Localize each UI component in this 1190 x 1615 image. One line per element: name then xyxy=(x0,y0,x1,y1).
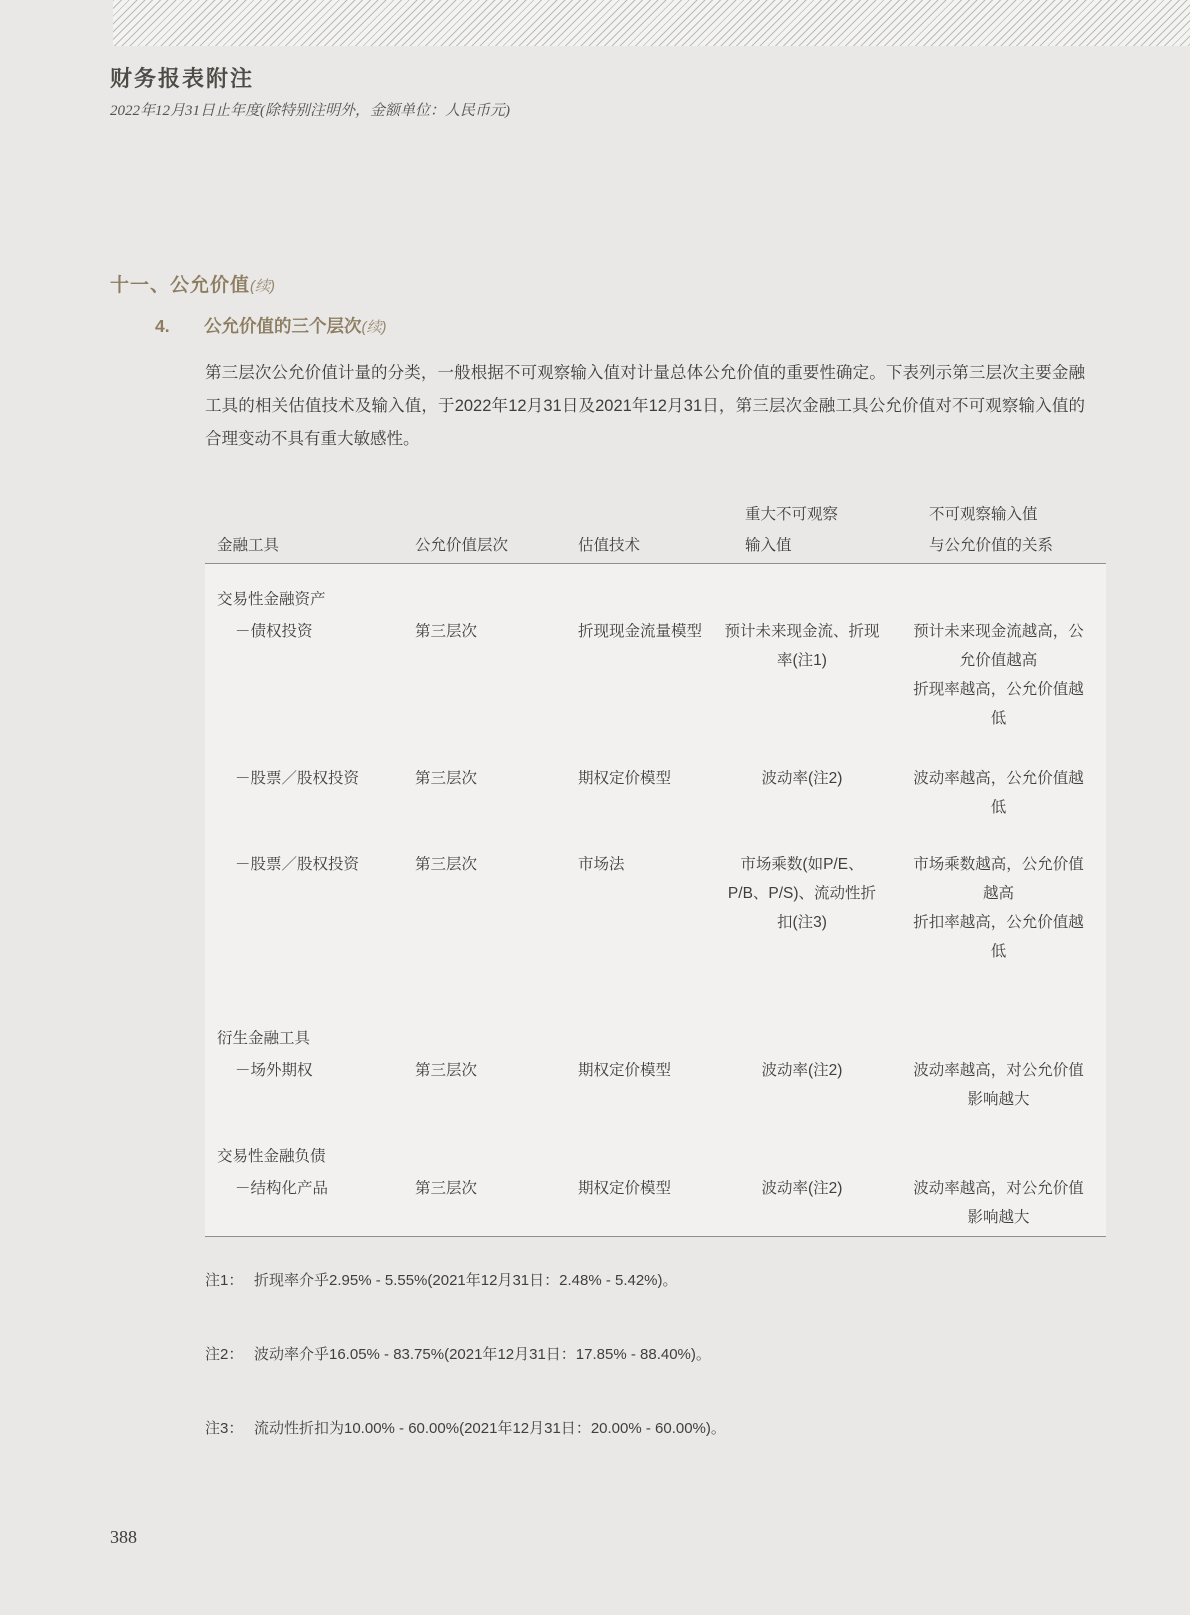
cell-unobservable-inputs: 市场乘数(如P/E、P/B、P/S)、流动性折扣(注3) xyxy=(713,850,891,966)
cell-instrument: －结构化产品 xyxy=(205,1174,400,1232)
cell-instrument: －场外期权 xyxy=(205,1056,400,1114)
hatch-decoration xyxy=(113,0,1190,46)
cell-relation: 预计未来现金流越高，公允价值越高 折现率越高，公允价值越低 xyxy=(891,617,1106,733)
cell-fair-value-level: 第三层次 xyxy=(400,764,552,822)
table-group-label: 衍生金融工具 xyxy=(205,1024,1106,1053)
intro-paragraph: 第三层次公允价值计量的分类，一般根据不可观察输入值对计量总体公允价值的重要性确定… xyxy=(205,357,1085,456)
cell-fair-value-level: 第三层次 xyxy=(400,1174,552,1232)
page-title: 财务报表附注 xyxy=(110,62,254,93)
note-label: 注1： xyxy=(205,1270,254,1292)
cell-valuation-technique: 期权定价模型 xyxy=(552,1056,713,1114)
cell-fair-value-level: 第三层次 xyxy=(400,850,552,966)
section-title: 十一、公允价值 xyxy=(110,275,250,296)
column-header-unobservable-inputs: 重大不可观察 输入值 xyxy=(713,499,891,561)
table-row: －股票／股权投资 第三层次 期权定价模型 波动率(注2) 波动率越高，公允价值越… xyxy=(205,764,1106,822)
note-label: 注3： xyxy=(205,1418,254,1440)
note-text: 流动性折扣为10.00% - 60.00%(2021年12月31日：20.00%… xyxy=(254,1418,726,1440)
cell-valuation-technique: 市场法 xyxy=(552,850,713,966)
section-heading: 十一、公允价值(续) xyxy=(110,270,275,297)
document-page: 财务报表附注 2022年12月31日止年度(除特别注明外，金额单位：人民币元) … xyxy=(0,0,1190,1615)
column-header-fair-value-level: 公允价值层次 xyxy=(400,530,552,561)
cell-relation: 波动率越高，公允价值越低 xyxy=(891,764,1106,822)
table-group-label: 交易性金融负债 xyxy=(205,1142,1106,1171)
cell-unobservable-inputs: 波动率(注2) xyxy=(713,1174,891,1232)
column-header-relation: 不可观察输入值 与公允价值的关系 xyxy=(891,499,1106,561)
table-row: －场外期权 第三层次 期权定价模型 波动率(注2) 波动率越高，对公允价值影响越… xyxy=(205,1056,1106,1114)
note-row: 注2： 波动率介乎16.05% - 83.75%(2021年12月31日：17.… xyxy=(205,1344,1085,1366)
cell-unobservable-inputs: 预计未来现金流、折现率(注1) xyxy=(713,617,891,733)
subsection-title: 公允价值的三个层次 xyxy=(204,316,362,336)
cell-instrument: －债权投资 xyxy=(205,617,400,733)
cell-valuation-technique: 期权定价模型 xyxy=(552,1174,713,1232)
table-row: －股票／股权投资 第三层次 市场法 市场乘数(如P/E、P/B、P/S)、流动性… xyxy=(205,850,1106,966)
table-row: －债权投资 第三层次 折现现金流量模型 预计未来现金流、折现率(注1) 预计未来… xyxy=(205,617,1106,733)
note-row: 注1： 折现率介乎2.95% - 5.55%(2021年12月31日：2.48%… xyxy=(205,1270,1085,1292)
cell-relation: 波动率越高，对公允价值影响越大 xyxy=(891,1174,1106,1232)
subsection-continued-marker: (续) xyxy=(362,319,387,336)
cell-relation: 波动率越高，对公允价值影响越大 xyxy=(891,1056,1106,1114)
cell-relation: 市场乘数越高，公允价值越高 折扣率越高，公允价值越低 xyxy=(891,850,1106,966)
column-header-valuation-technique: 估值技术 xyxy=(552,530,713,561)
cell-fair-value-level: 第三层次 xyxy=(400,1056,552,1114)
page-number: 388 xyxy=(110,1527,137,1548)
cell-instrument: －股票／股权投资 xyxy=(205,850,400,966)
cell-valuation-technique: 期权定价模型 xyxy=(552,764,713,822)
table-header-row: 金融工具 公允价值层次 估值技术 重大不可观察 输入值 不可观察输入值 与公允价… xyxy=(205,497,1106,561)
cell-valuation-technique: 折现现金流量模型 xyxy=(552,617,713,733)
cell-unobservable-inputs: 波动率(注2) xyxy=(713,1056,891,1114)
column-header-instrument: 金融工具 xyxy=(205,530,400,561)
note-text: 折现率介乎2.95% - 5.55%(2021年12月31日：2.48% - 5… xyxy=(254,1270,678,1292)
note-text: 波动率介乎16.05% - 83.75%(2021年12月31日：17.85% … xyxy=(254,1344,711,1366)
table-row: －结构化产品 第三层次 期权定价模型 波动率(注2) 波动率越高，对公允价值影响… xyxy=(205,1174,1106,1232)
subsection-heading: 4.公允价值的三个层次(续) xyxy=(155,313,387,338)
table-group-label: 交易性金融资产 xyxy=(205,585,1106,614)
footnotes: 注1： 折现率介乎2.95% - 5.55%(2021年12月31日：2.48%… xyxy=(205,1270,1085,1492)
subsection-number: 4. xyxy=(155,316,204,337)
table-body: 交易性金融资产 －债权投资 第三层次 折现现金流量模型 预计未来现金流、折现率(… xyxy=(205,563,1106,1237)
note-label: 注2： xyxy=(205,1344,254,1366)
cell-fair-value-level: 第三层次 xyxy=(400,617,552,733)
table-header: 金融工具 公允价值层次 估值技术 重大不可观察 输入值 不可观察输入值 与公允价… xyxy=(205,497,1106,561)
note-row: 注3： 流动性折扣为10.00% - 60.00%(2021年12月31日：20… xyxy=(205,1418,1085,1440)
page-subtitle: 2022年12月31日止年度(除特别注明外，金额单位：人民币元) xyxy=(110,99,510,120)
cell-unobservable-inputs: 波动率(注2) xyxy=(713,764,891,822)
cell-instrument: －股票／股权投资 xyxy=(205,764,400,822)
section-continued-marker: (续) xyxy=(250,278,275,295)
